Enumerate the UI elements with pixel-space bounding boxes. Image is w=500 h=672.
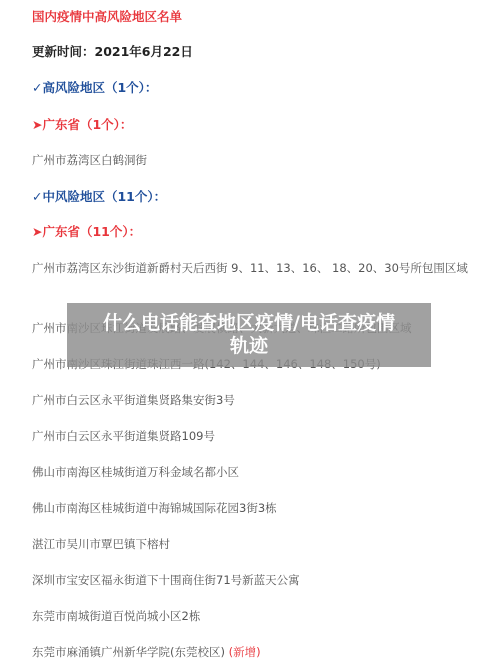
medium-risk-province-heading: ➤广东省（11个）： bbox=[32, 224, 141, 240]
new-badge: (新增) bbox=[229, 645, 261, 659]
list-item: 广州市白云区永平街道集贤路109号 bbox=[32, 428, 215, 444]
province-label: 广东省（11个）： bbox=[42, 224, 141, 239]
overlay-title-line2: 轨迹 bbox=[67, 335, 431, 358]
check-icon: ✓ bbox=[32, 189, 42, 204]
list-item: 佛山市南海区桂城街道万科金域名都小区 bbox=[32, 464, 239, 480]
medium-risk-heading: ✓中风险地区（11个）： bbox=[32, 189, 166, 205]
check-icon: ✓ bbox=[32, 80, 42, 95]
page-title: 国内疫情中高风险地区名单 bbox=[32, 9, 182, 25]
list-item: 湛江市吴川市覃巴镇下榕村 bbox=[32, 536, 170, 552]
update-time: 更新时间：2021年6月22日 bbox=[32, 44, 193, 60]
high-risk-province-heading: ➤广东省（1个）： bbox=[32, 117, 132, 133]
list-item: 东莞市南城街道百悦尚城小区2栋 bbox=[32, 608, 200, 624]
arrow-icon: ➤ bbox=[32, 117, 42, 132]
title-overlay-banner: 什么电话能查地区疫情/电话查疫情 轨迹 bbox=[67, 303, 431, 367]
arrow-icon: ➤ bbox=[32, 224, 42, 239]
high-risk-heading: ✓高风险地区（1个）： bbox=[32, 80, 157, 96]
list-item: 广州市荔湾区白鹤洞街 bbox=[32, 152, 147, 168]
high-risk-label: 高风险地区（1个）： bbox=[42, 80, 157, 95]
overlay-title-line1: 什么电话能查地区疫情/电话查疫情 bbox=[67, 312, 431, 335]
province-label: 广东省（1个）： bbox=[42, 117, 132, 132]
list-item: 佛山市南海区桂城街道中海锦城国际花园3街3栋 bbox=[32, 500, 277, 516]
medium-risk-label: 中风险地区（11个）： bbox=[42, 189, 166, 204]
list-item: 东莞市麻涌镇广州新华学院(东莞校区) (新增) bbox=[32, 644, 261, 660]
list-item: 广州市白云区永平街道集贤路集安街3号 bbox=[32, 392, 235, 408]
list-item: 深圳市宝安区福永街道下十围商住街71号新蓝天公寓 bbox=[32, 572, 300, 588]
list-item-text: 东莞市麻涌镇广州新华学院(东莞校区) bbox=[32, 645, 225, 659]
list-item: 广州市荔湾区东沙街道新爵村天后西街 9、11、13、16、 18、20、30号所… bbox=[8, 256, 492, 280]
